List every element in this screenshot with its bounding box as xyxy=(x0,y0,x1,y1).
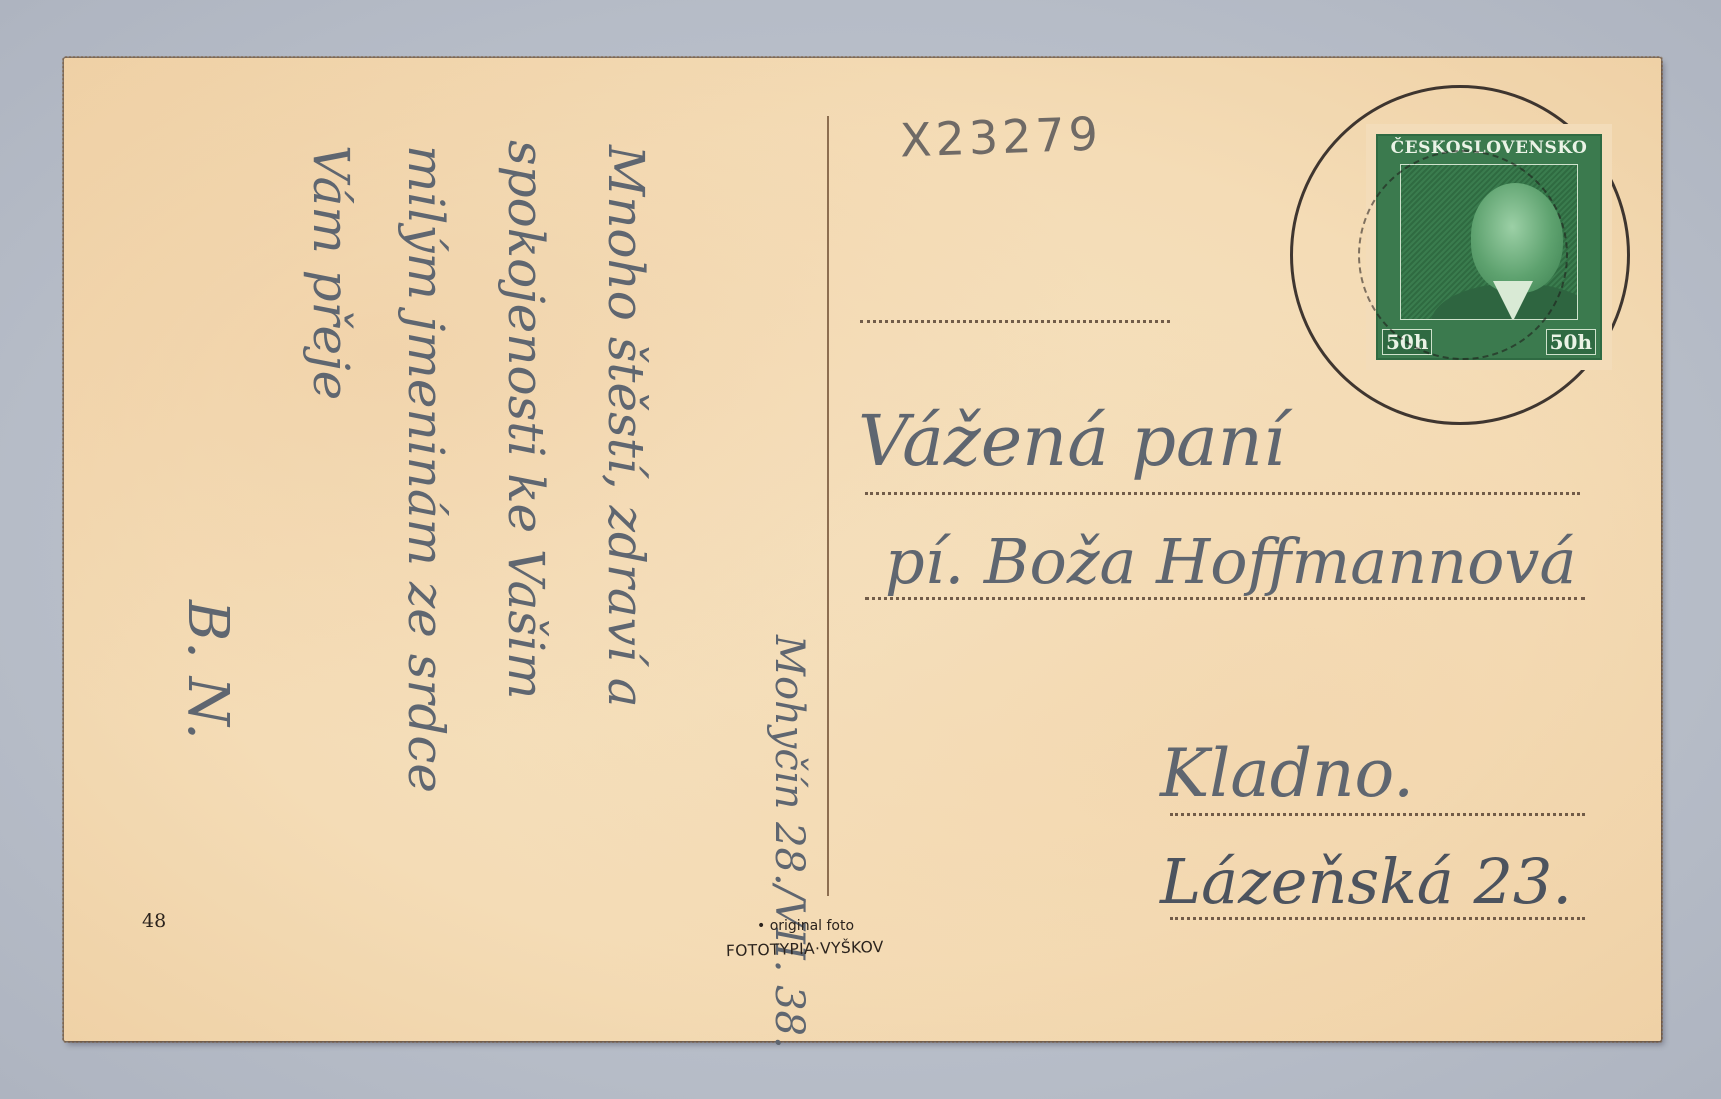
message-signature: B. N. xyxy=(175,600,240,740)
message-line-4: Vám přeje xyxy=(302,145,360,400)
card-divider-line xyxy=(827,116,829,896)
message-line-2: spokojenosti ke Vašim xyxy=(497,140,555,699)
address-city: Kladno. xyxy=(1160,735,1414,812)
address-line-blank xyxy=(860,320,1170,323)
address-salutation: Vážená paní xyxy=(858,400,1285,482)
address-street: Lázeňská 23. xyxy=(1160,845,1572,918)
imprint-original-foto: • original foto xyxy=(757,918,854,934)
message-line-1: Mnoho štěstí, zdraví a xyxy=(597,145,655,708)
pencil-inventory-mark: X23279 xyxy=(899,106,1103,167)
address-line-3 xyxy=(1170,813,1585,816)
message-line-3: milým jmeninám ze srdce xyxy=(397,145,455,793)
message-place-date: Mohyčín 28./VII. 38. xyxy=(766,635,812,1049)
postmark-inner-ring xyxy=(1358,150,1568,360)
card-number: 48 xyxy=(142,910,166,932)
address-line-1 xyxy=(865,492,1580,495)
address-name: pí. Boža Hoffmannová xyxy=(885,525,1576,598)
